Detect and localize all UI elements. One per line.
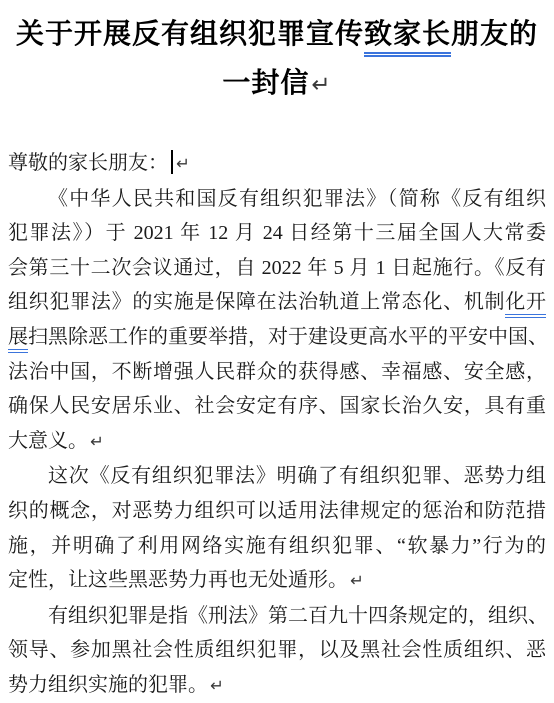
text-segment: 关于开展反有组织犯罪宣传 bbox=[16, 19, 364, 50]
text-line[interactable]: 犯罪法》）于 2021 年 12 月 24 日经第十三届全国人大常委 bbox=[8, 216, 546, 251]
text-segment: 尊敬的家长朋友： bbox=[8, 152, 168, 174]
text-line[interactable]: 组织犯罪法》的实施是保障在法治轨道上常态化、机制化开 bbox=[8, 285, 546, 320]
text-line[interactable]: 法治中国，不断增强人民群众的获得感、幸福感、安全感， bbox=[8, 355, 546, 390]
paragraph-mark-icon: ↵ bbox=[176, 154, 190, 173]
text-line[interactable]: 领导、参加黑社会性质组织犯罪，以及黑社会性质组织、恶 bbox=[8, 633, 546, 668]
document-title: 关于开展反有组织犯罪宣传致家长朋友的一封信↵ bbox=[8, 10, 546, 110]
text-segment: 确保人民安居乐业、社会安定有序、国家长治久安，具有重 bbox=[8, 395, 546, 417]
text-line[interactable]: 《中华人民共和国反有组织犯罪法》（简称《反有组织 bbox=[8, 182, 546, 217]
text-line[interactable]: 展扫黑除恶工作的重要举措，对于建设更高水平的平安中国、 bbox=[8, 320, 546, 355]
text-segment: 有组织犯罪是指《刑法》第二百九十四条规定的，组织、 bbox=[48, 605, 548, 627]
text-line[interactable]: 一封信↵ bbox=[8, 59, 546, 110]
paragraph-mark-icon: ↵ bbox=[350, 571, 364, 590]
text-line[interactable]: 有组织犯罪是指《刑法》第二百九十四条规定的，组织、 bbox=[8, 599, 546, 634]
text-segment: 法治中国，不断增强人民群众的获得感、幸福感、安全感， bbox=[8, 361, 546, 383]
text-line[interactable]: 施，并明确了利用网络实施有组织犯罪、“软暴力”行为的 bbox=[8, 529, 546, 564]
text-line[interactable]: 势力组织实施的犯罪。↵ bbox=[8, 668, 546, 703]
text-segment: 会第三十二次会议通过，自 2022 年 5 月 1 日起施行。《反有 bbox=[8, 257, 546, 279]
text-segment: 一封信 bbox=[222, 68, 309, 99]
text-segment: 势力组织实施的犯罪。 bbox=[8, 674, 208, 696]
spellcheck-underlined-text: 致家长 bbox=[364, 19, 451, 57]
paragraph-mark-icon: ↵ bbox=[210, 676, 224, 695]
text-segment: 朋友的 bbox=[451, 19, 538, 50]
document-body: 尊敬的家长朋友：↵《中华人民共和国反有组织犯罪法》（简称《反有组织犯罪法》）于 … bbox=[8, 146, 546, 703]
text-segment: 犯罪法》）于 2021 年 12 月 24 日经第十三届全国人大常委 bbox=[8, 222, 546, 244]
text-cursor bbox=[171, 150, 173, 174]
text-line[interactable]: 大意义。↵ bbox=[8, 424, 546, 460]
paragraph-mark-icon: ↵ bbox=[90, 432, 104, 451]
spellcheck-underlined-text: 化开 bbox=[505, 291, 546, 318]
text-segment: 施，并明确了利用网络实施有组织犯罪、“软暴力”行为的 bbox=[8, 535, 546, 557]
paragraph-mark-icon: ↵ bbox=[311, 72, 331, 98]
text-line[interactable]: 关于开展反有组织犯罪宣传致家长朋友的 bbox=[8, 10, 546, 59]
text-segment: 领导、参加黑社会性质组织犯罪，以及黑社会性质组织、恶 bbox=[8, 639, 546, 661]
text-line[interactable]: 确保人民安居乐业、社会安定有序、国家长治久安，具有重 bbox=[8, 389, 546, 424]
text-line[interactable]: 这次《反有组织犯罪法》明确了有组织犯罪、恶势力组 bbox=[8, 459, 546, 494]
text-segment: 扫黑除恶工作的重要举措，对于建设更高水平的平安中国、 bbox=[28, 326, 548, 348]
text-line[interactable]: 会第三十二次会议通过，自 2022 年 5 月 1 日起施行。《反有 bbox=[8, 251, 546, 286]
text-line[interactable]: 定性，让这些黑恶势力再也无处遁形。↵ bbox=[8, 563, 546, 599]
text-segment: 定性，让这些黑恶势力再也无处遁形。 bbox=[8, 569, 348, 591]
text-segment: 《中华人民共和国反有组织犯罪法》（简称《反有组织 bbox=[48, 188, 546, 210]
text-line[interactable]: 织的概念，对恶势力组织可以适用法律规定的惩治和防范措 bbox=[8, 494, 546, 529]
text-line[interactable]: 尊敬的家长朋友：↵ bbox=[8, 146, 546, 182]
spellcheck-underlined-text: 展 bbox=[8, 326, 28, 353]
text-segment: 大意义。 bbox=[8, 430, 88, 452]
text-segment: 织的概念，对恶势力组织可以适用法律规定的惩治和防范措 bbox=[8, 500, 546, 522]
document-page[interactable]: 关于开展反有组织犯罪宣传致家长朋友的一封信↵ 尊敬的家长朋友：↵《中华人民共和国… bbox=[0, 0, 554, 703]
text-segment: 这次《反有组织犯罪法》明确了有组织犯罪、恶势力组 bbox=[48, 465, 546, 487]
text-segment: 组织犯罪法》的实施是保障在法治轨道上常态化、机制 bbox=[8, 291, 505, 313]
